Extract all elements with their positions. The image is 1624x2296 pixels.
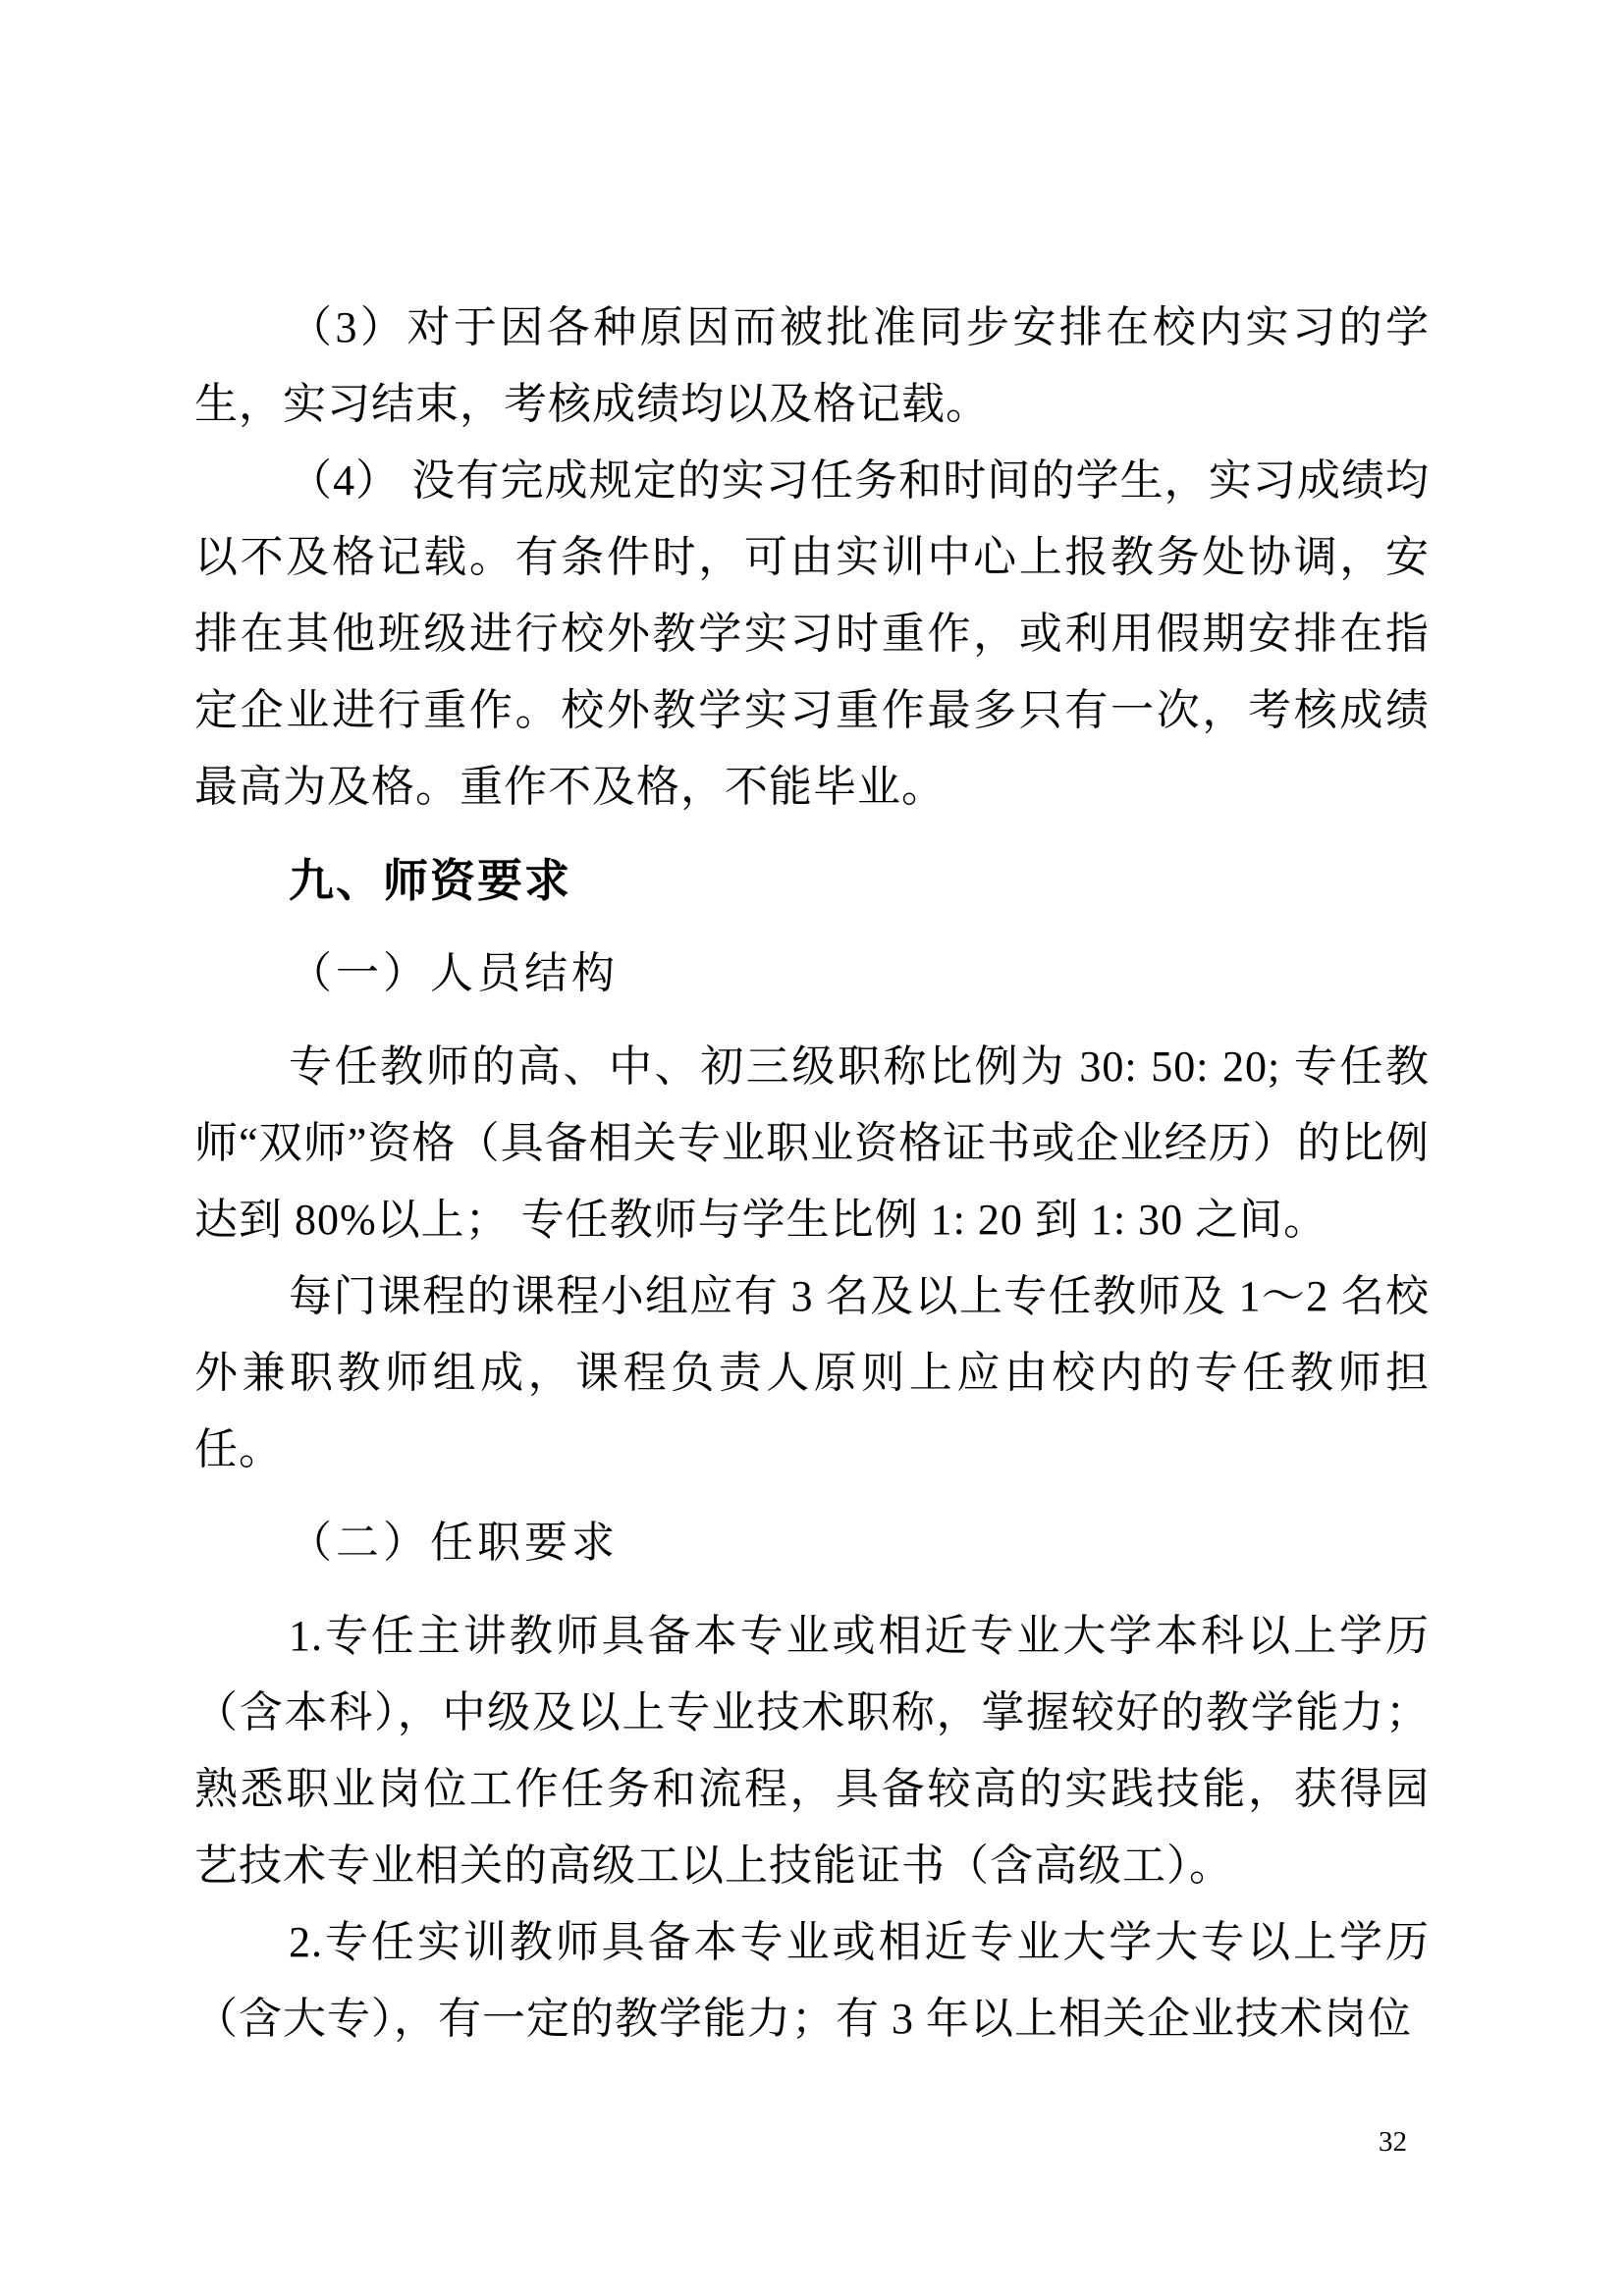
paragraph-course-team: 每门课程的课程小组应有 3 名及以上专任教师及 1～2 名校外兼职教师组成，课程…	[194, 1258, 1430, 1488]
subsection-heading-post-requirements: （二）任职要求	[194, 1505, 1430, 1581]
document-body: （3）对于因各种原因而被批准同步安排在校内实习的学生，实习结束，考核成绩均以及格…	[194, 290, 1430, 2057]
paragraph-item-4: （4） 没有完成规定的实习任务和时间的学生，实习成绩均以不及格记载。有条件时，可…	[194, 443, 1430, 826]
paragraph-staff-ratio: 专任教师的高、中、初三级职称比例为 30: 50: 20; 专任教师“双师”资格…	[194, 1029, 1430, 1258]
paragraph-item-3: （3）对于因各种原因而被批准同步安排在校内实习的学生，实习结束，考核成绩均以及格…	[194, 290, 1430, 443]
subsection-heading-personnel-structure: （一）人员结构	[194, 935, 1430, 1012]
document-page: （3）对于因各种原因而被批准同步安排在校内实习的学生，实习结束，考核成绩均以及格…	[0, 0, 1624, 2296]
page-number: 32	[1379, 2124, 1428, 2160]
paragraph-lecturer-requirement: 1.专任主讲教师具备本专业或相近专业大学本科以上学历（含本科），中级及以上专业技…	[194, 1598, 1430, 1904]
paragraph-trainer-requirement: 2.专任实训教师具备本专业或相近专业大学大专以上学历（含大专），有一定的教学能力…	[194, 1904, 1430, 2057]
section-heading-teacher-requirements: 九、师资要求	[194, 842, 1430, 919]
